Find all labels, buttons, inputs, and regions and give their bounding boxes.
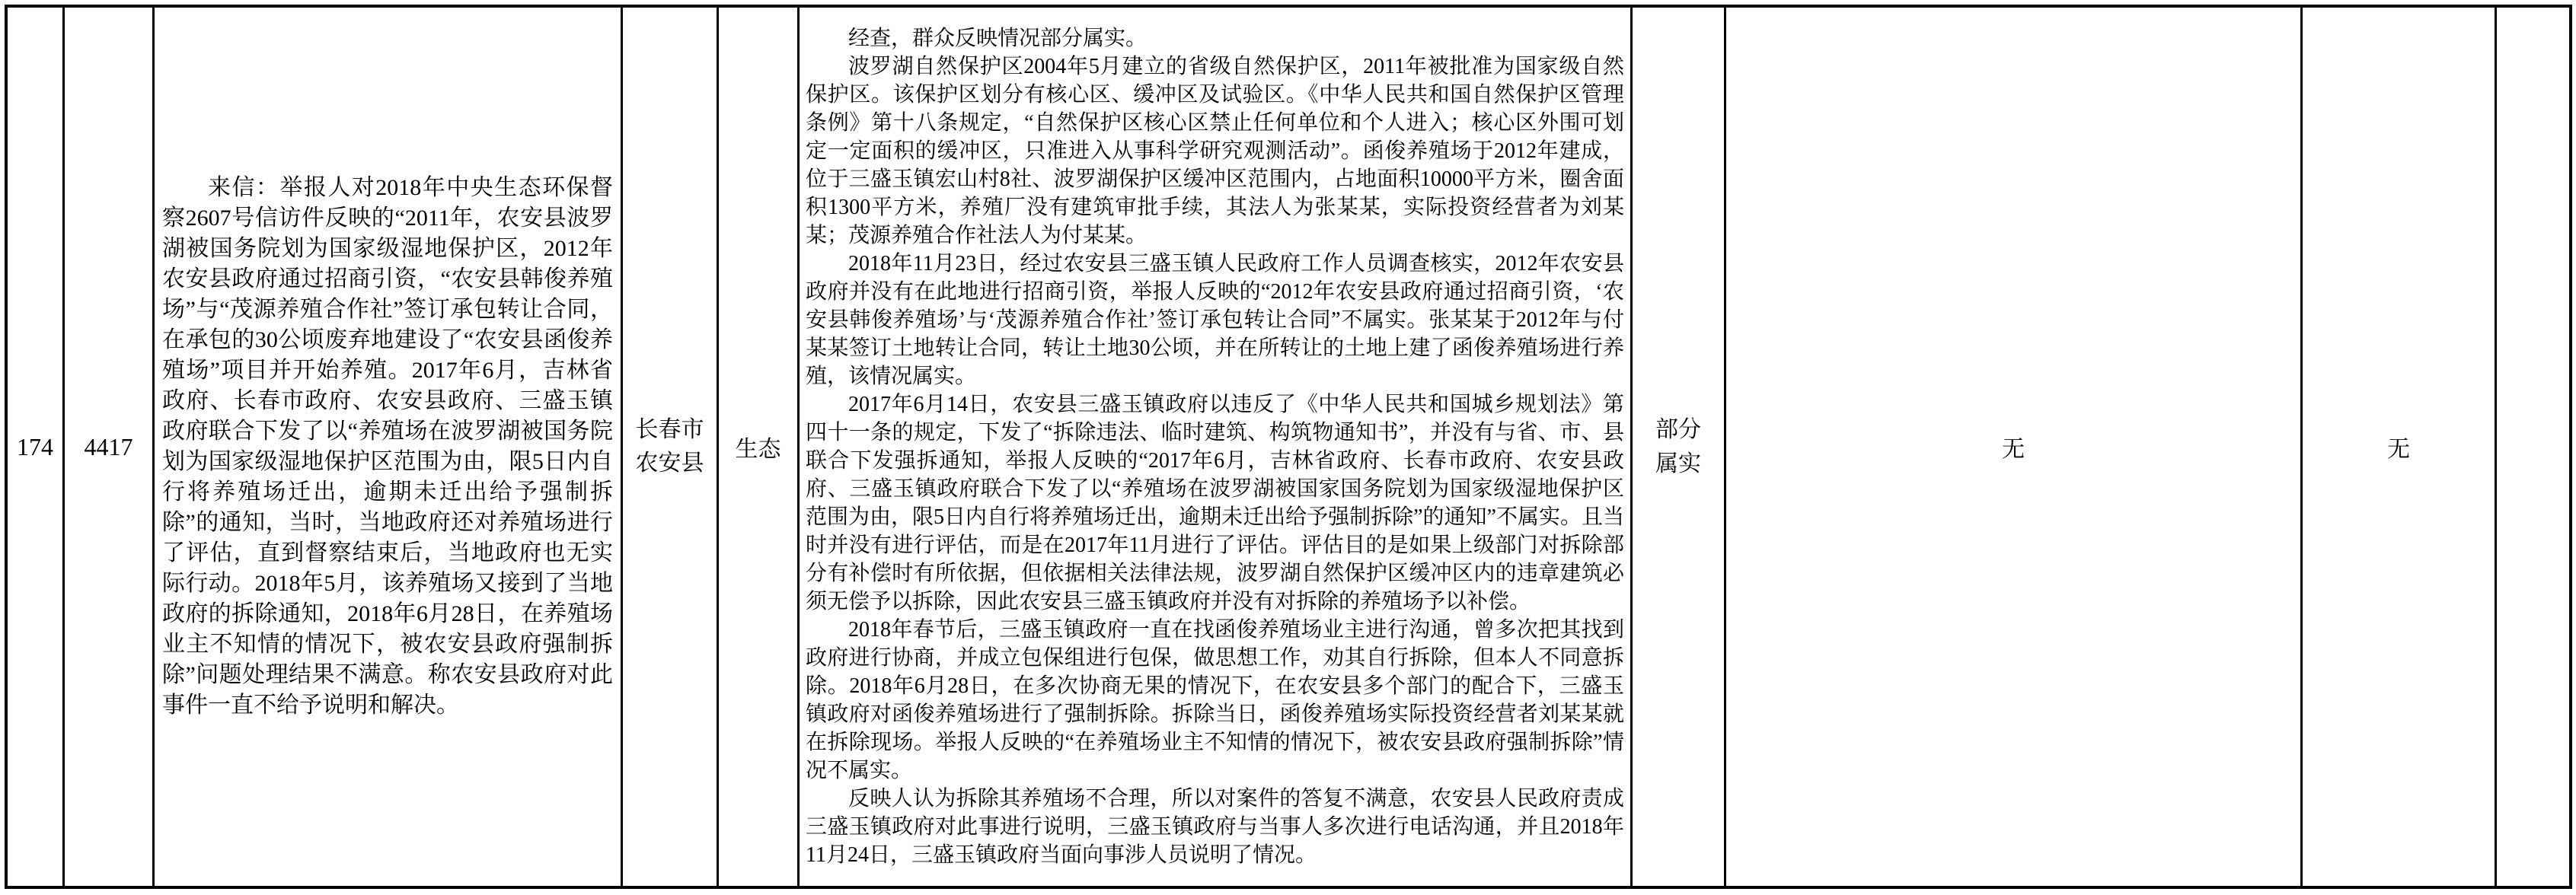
cell-accountability: 无: [2303, 8, 2497, 886]
cell-case-number: 4417: [65, 8, 155, 886]
sequence-number: 174: [17, 433, 53, 461]
cell-region: 长春市农安县: [623, 8, 719, 886]
cell-pollution-category: 生态: [719, 8, 800, 886]
cell-empty-last: [2497, 8, 2569, 886]
category-text: 生态: [736, 430, 781, 463]
verification-paragraph: 2018年春节后，三盛玉镇政府一直在找函俊养殖场业主进行沟通，曾多次把其找到政府…: [806, 616, 1624, 785]
accountability-text: 无: [2387, 430, 2410, 463]
verification-paragraph: 经查，群众反映情况部分属实。: [806, 24, 1624, 53]
cell-complaint-content: 来信：举报人对2018年中央生态环保督察2607号信访件反映的“2011年，农安…: [155, 8, 623, 886]
conclusion-text: 部分属实: [1655, 412, 1702, 481]
cell-handling-measures: 无: [1726, 8, 2303, 886]
case-number: 4417: [85, 433, 133, 461]
cell-sequence-number: 174: [8, 8, 65, 886]
verification-paragraph: 2017年6月14日，农安县三盛玉镇政府以违反了《中华人民共和国城乡规划法》第四…: [806, 390, 1624, 616]
document-page: 174 4417 来信：举报人对2018年中央生态环保督察2607号信访件反映的…: [0, 0, 2576, 895]
verification-paragraph: 2018年11月23日，经过农安县三盛玉镇人民政府工作人员调查核实，2012年农…: [806, 250, 1624, 390]
region-text: 长春市农安县: [635, 413, 705, 480]
verification-text: 经查，群众反映情况部分属实。 波罗湖自然保护区2004年5月建立的省级自然保护区…: [800, 24, 1630, 869]
complaint-paragraph: 来信：举报人对2018年中央生态环保督察2607号信访件反映的“2011年，农安…: [162, 173, 613, 721]
cell-verification-details: 经查，群众反映情况部分属实。 波罗湖自然保护区2004年5月建立的省级自然保护区…: [800, 8, 1633, 886]
cell-conclusion: 部分属实: [1633, 8, 1726, 886]
complaint-record-table: 174 4417 来信：举报人对2018年中央生态环保督察2607号信访件反映的…: [5, 5, 2572, 889]
handling-text: 无: [2002, 430, 2025, 463]
verification-paragraph: 波罗湖自然保护区2004年5月建立的省级自然保护区，2011年被批准为国家级自然…: [806, 53, 1624, 250]
verification-paragraph: 反映人认为拆除其养殖场不合理，所以对案件的答复不满意，农安县人民政府责成三盛玉镇…: [806, 785, 1624, 869]
complaint-text: 来信：举报人对2018年中央生态环保督察2607号信访件反映的“2011年，农安…: [155, 173, 621, 721]
